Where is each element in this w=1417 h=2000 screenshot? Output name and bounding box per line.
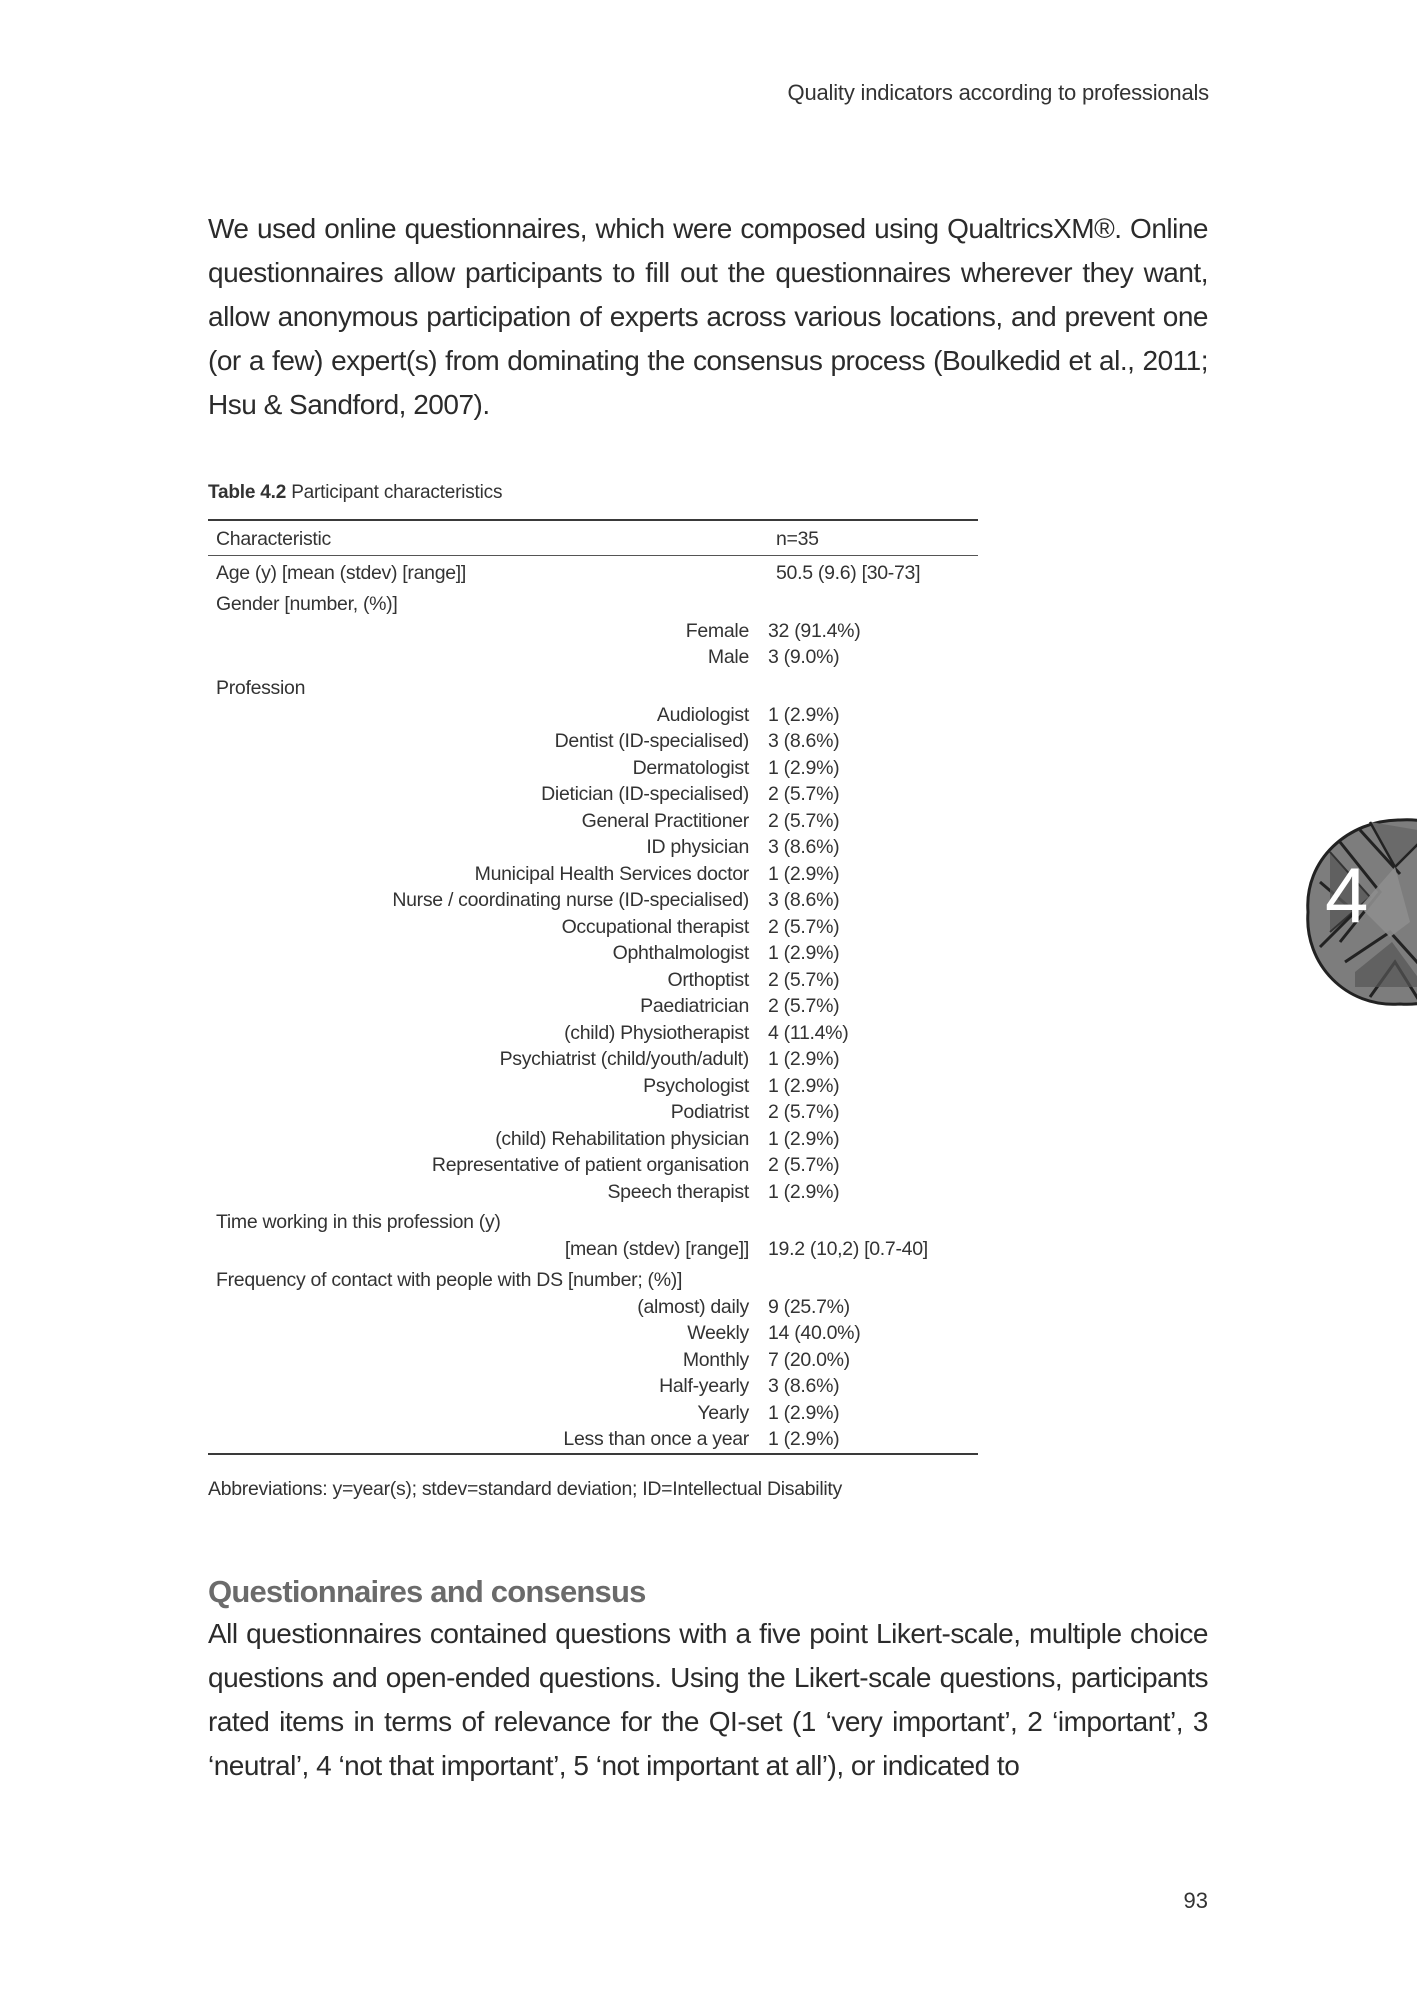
table-row: (child) Physiotherapist4 (11.4%) [208, 1020, 978, 1047]
row-label: Weekly [208, 1320, 749, 1347]
table-section-profession: Profession [208, 675, 978, 702]
row-value: 1 (2.9%) [749, 1179, 839, 1206]
header-characteristic: Characteristic [208, 521, 759, 555]
row-value: 19.2 (10,2) [0.7-40] [749, 1236, 928, 1263]
section-label: Gender [number, (%)] [208, 591, 759, 618]
row-value: 9 (25.7%) [749, 1294, 850, 1321]
table-row: Half-yearly3 (8.6%) [208, 1373, 978, 1400]
row-value: 1 (2.9%) [749, 755, 839, 782]
table-row: Female32 (91.4%) [208, 618, 978, 645]
row-value: 1 (2.9%) [749, 1046, 839, 1073]
row-label: Age (y) [mean (stdev) [range]] [208, 560, 759, 587]
row-value: 2 (5.7%) [749, 1152, 839, 1179]
table-row: Less than once a year1 (2.9%) [208, 1426, 978, 1453]
row-label: (child) Physiotherapist [208, 1020, 749, 1047]
table-section-time-working: Time working in this profession (y) [208, 1209, 978, 1236]
gender-rows: Female32 (91.4%)Male3 (9.0%) [208, 618, 978, 671]
row-label: General Practitioner [208, 808, 749, 835]
page-number: 93 [1184, 1888, 1208, 1914]
table-row: Dietician (ID-specialised)2 (5.7%) [208, 781, 978, 808]
intro-paragraph: We used online questionnaires, which wer… [208, 207, 1208, 427]
row-label: Female [208, 618, 749, 645]
row-label: Municipal Health Services doctor [208, 861, 749, 888]
row-label: Dietician (ID-specialised) [208, 781, 749, 808]
table-row: Occupational therapist2 (5.7%) [208, 914, 978, 941]
row-value: 1 (2.9%) [749, 1426, 839, 1453]
table-row: Psychiatrist (child/youth/adult)1 (2.9%) [208, 1046, 978, 1073]
table-caption-text: Participant characteristics [286, 482, 502, 503]
table-row: General Practitioner2 (5.7%) [208, 808, 978, 835]
section-label: Frequency of contact with people with DS… [208, 1267, 759, 1294]
row-label: Monthly [208, 1347, 749, 1374]
section-label: Profession [208, 675, 759, 702]
row-value: 3 (8.6%) [749, 1373, 839, 1400]
row-value: 2 (5.7%) [749, 1099, 839, 1126]
table-row: Dermatologist1 (2.9%) [208, 755, 978, 782]
row-label: Psychiatrist (child/youth/adult) [208, 1046, 749, 1073]
table-row: (child) Rehabilitation physician1 (2.9%) [208, 1126, 978, 1153]
row-value: 3 (9.0%) [749, 644, 839, 671]
row-label: Psychologist [208, 1073, 749, 1100]
table-row: Psychologist1 (2.9%) [208, 1073, 978, 1100]
table-row: Podiatrist2 (5.7%) [208, 1099, 978, 1126]
table-row: [mean (stdev) [range]]19.2 (10,2) [0.7-4… [208, 1236, 978, 1263]
row-value: 2 (5.7%) [749, 967, 839, 994]
row-value: 32 (91.4%) [749, 618, 860, 645]
chapter-badge: 4 [1300, 812, 1417, 1012]
row-value: 2 (5.7%) [749, 914, 839, 941]
table-row: Paediatrician2 (5.7%) [208, 993, 978, 1020]
row-value: 1 (2.9%) [749, 1073, 839, 1100]
row-value: 1 (2.9%) [749, 1400, 839, 1427]
table-header-rule [208, 555, 978, 556]
table-row: Male3 (9.0%) [208, 644, 978, 671]
table-row: Dentist (ID-specialised)3 (8.6%) [208, 728, 978, 755]
row-label: (almost) daily [208, 1294, 749, 1321]
table-bottom-rule [208, 1453, 978, 1455]
row-value: 3 (8.6%) [749, 834, 839, 861]
row-label: Ophthalmologist [208, 940, 749, 967]
frequency-rows: (almost) daily9 (25.7%)Weekly14 (40.0%)M… [208, 1294, 978, 1453]
row-label: Half-yearly [208, 1373, 749, 1400]
participant-characteristics-table: Characteristic n=35 Age (y) [mean (stdev… [208, 519, 978, 1455]
section-paragraph: All questionnaires contained questions w… [208, 1612, 1208, 1788]
row-label: Orthoptist [208, 967, 749, 994]
table-row: Orthoptist2 (5.7%) [208, 967, 978, 994]
chapter-number: 4 [1325, 850, 1368, 941]
row-label: [mean (stdev) [range]] [208, 1236, 749, 1263]
row-value: 50.5 (9.6) [30-73] [759, 560, 920, 587]
row-value: 4 (11.4%) [749, 1020, 848, 1047]
running-header: Quality indicators according to professi… [788, 80, 1209, 106]
header-n: n=35 [759, 521, 819, 555]
table-row: Speech therapist1 (2.9%) [208, 1179, 978, 1206]
table-row: Yearly1 (2.9%) [208, 1400, 978, 1427]
section-label: Time working in this profession (y) [208, 1209, 759, 1236]
row-label: Nurse / coordinating nurse (ID-specialis… [208, 887, 749, 914]
row-value: 3 (8.6%) [749, 887, 839, 914]
row-label: Occupational therapist [208, 914, 749, 941]
table-row: Audiologist1 (2.9%) [208, 702, 978, 729]
table-row: Monthly7 (20.0%) [208, 1347, 978, 1374]
table-caption: Table 4.2 Participant characteristics [208, 482, 502, 504]
table-row: Nurse / coordinating nurse (ID-specialis… [208, 887, 978, 914]
row-label: Podiatrist [208, 1099, 749, 1126]
row-label: Yearly [208, 1400, 749, 1427]
row-value: 2 (5.7%) [749, 808, 839, 835]
time-working-rows: [mean (stdev) [range]]19.2 (10,2) [0.7-4… [208, 1236, 978, 1263]
row-value: 2 (5.7%) [749, 781, 839, 808]
table-header-row: Characteristic n=35 [208, 521, 978, 555]
table-row: Ophthalmologist1 (2.9%) [208, 940, 978, 967]
table-section-gender: Gender [number, (%)] [208, 591, 978, 618]
section-heading: Questionnaires and consensus [208, 1574, 646, 1610]
row-label: Less than once a year [208, 1426, 749, 1453]
table-row: Representative of patient organisation2 … [208, 1152, 978, 1179]
profession-rows: Audiologist1 (2.9%)Dentist (ID-specialis… [208, 702, 978, 1206]
row-value: 14 (40.0%) [749, 1320, 860, 1347]
table-row-age: Age (y) [mean (stdev) [range]] 50.5 (9.6… [208, 560, 978, 587]
row-label: Dentist (ID-specialised) [208, 728, 749, 755]
row-value: 1 (2.9%) [749, 940, 839, 967]
row-value: 3 (8.6%) [749, 728, 839, 755]
row-label: (child) Rehabilitation physician [208, 1126, 749, 1153]
row-label: Dermatologist [208, 755, 749, 782]
table-row: Weekly14 (40.0%) [208, 1320, 978, 1347]
row-label: Male [208, 644, 749, 671]
table-row: Municipal Health Services doctor1 (2.9%) [208, 861, 978, 888]
row-value: 1 (2.9%) [749, 1126, 839, 1153]
row-label: ID physician [208, 834, 749, 861]
table-row: (almost) daily9 (25.7%) [208, 1294, 978, 1321]
row-value: 7 (20.0%) [749, 1347, 850, 1374]
row-value: 2 (5.7%) [749, 993, 839, 1020]
row-value: 1 (2.9%) [749, 861, 839, 888]
row-label: Audiologist [208, 702, 749, 729]
table-section-frequency: Frequency of contact with people with DS… [208, 1267, 978, 1294]
row-value: 1 (2.9%) [749, 702, 839, 729]
table-abbreviations-note: Abbreviations: y=year(s); stdev=standard… [208, 1478, 842, 1501]
table-row: ID physician3 (8.6%) [208, 834, 978, 861]
table-caption-label: Table 4.2 [208, 482, 286, 503]
row-label: Representative of patient organisation [208, 1152, 749, 1179]
row-label: Speech therapist [208, 1179, 749, 1206]
row-label: Paediatrician [208, 993, 749, 1020]
